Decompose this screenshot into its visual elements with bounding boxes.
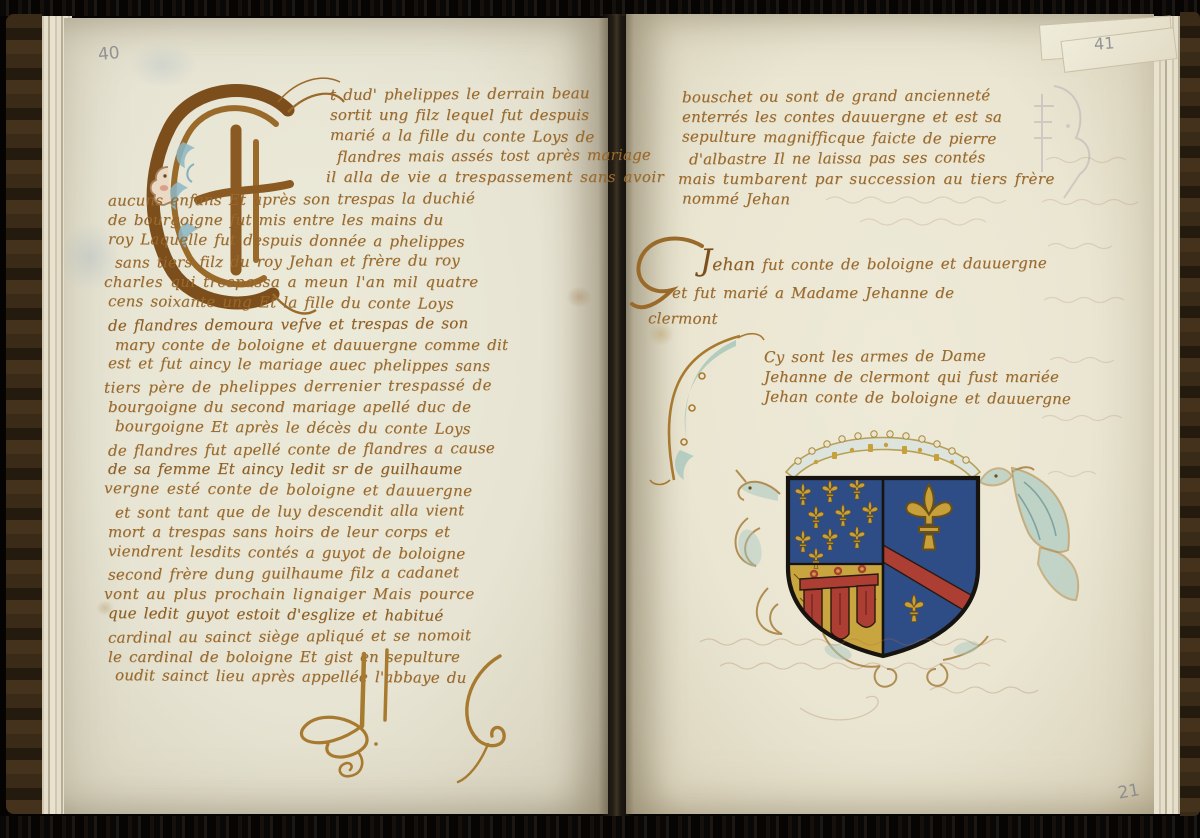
manuscript-text-line: vont au plus prochain lignaiger Mais pou…	[104, 584, 594, 605]
coronet-icon	[786, 431, 980, 478]
manuscript-text-line: flandres mais assés tost après mariage	[337, 145, 596, 168]
bleedthrough-text-icon	[690, 628, 1110, 728]
folio-number-41: 41	[1093, 33, 1115, 53]
manuscript-text-line: et fut marié a Madame Jehanne de	[672, 283, 1080, 304]
ink-offset-face-icon	[1024, 76, 1104, 216]
manuscript-text-line: mais tumbarent par succession au tiers f…	[678, 169, 1074, 190]
manuscript-photo: 40 41 21 t dud' phelippes le derrain bea…	[0, 0, 1200, 838]
folio-number-21: 21	[1116, 780, 1141, 803]
manuscript-text-line: cardinal au sainct siège apliqué et se n…	[108, 624, 594, 648]
manuscript-text-line: bouschet ou sont de grand ancienneté	[682, 85, 1074, 109]
manuscript-text-line: sans tiers filz du roy Jehan et frère du…	[115, 250, 594, 274]
manuscript-text-line: mary conte de boloigne et dauuergne comm…	[115, 335, 594, 356]
manuscript-text-line: il alla de vie a trespassement sans avoi…	[326, 167, 596, 188]
photo-bottom-edge	[0, 816, 1200, 838]
manuscript-text-line: mort a trespas sans hoirs de leur corps …	[108, 522, 594, 543]
jehan-paragraph: Jehanfut conte de boloigne et dauuergne …	[700, 242, 1080, 331]
manuscript-text-line: aucuns enfans Et après son trespas la du…	[108, 187, 594, 211]
manuscript-text-line: de flandres demoura vefve et trespas de …	[108, 312, 594, 336]
manuscript-text-line: tiers père de phelippes derrenier trespa…	[104, 374, 594, 398]
manuscript-text-line: de flandres fut apellé conte de flandres…	[108, 437, 594, 461]
manuscript-text-line: enterrés les contes dauuergne et est sa	[682, 107, 1074, 128]
manuscript-text-line: d'albastre Il ne laissa pas ses contés	[689, 147, 1074, 170]
manuscript-text-line: second frère dung guilhaume filz a cadan…	[108, 562, 594, 586]
manuscript-text-line: t dud' phelippes le derrain beau	[330, 83, 596, 106]
left-page-opening-text: t dud' phelippes le derrain beausortit u…	[330, 84, 596, 188]
manuscript-text-line: clermont	[648, 308, 1080, 332]
manuscript-text-line: bourgoigne du second mariage apellé duc …	[108, 397, 594, 418]
paraph-flourish-icon	[292, 648, 572, 798]
right-binding-leather	[1180, 12, 1200, 816]
gutter-shadow	[598, 14, 634, 816]
left-binding-leather	[6, 14, 42, 814]
manuscript-text-line: charles qui trespassa a meun l'an mil qu…	[104, 272, 594, 293]
manuscript-text-line: marié a la fille du conte Loys de	[330, 125, 596, 148]
manuscript-text-line: de bourgoigne fut mis entre les mains du	[108, 210, 594, 231]
jehan-initial-word: Jehan	[700, 243, 755, 278]
manuscript-text-line: de sa femme Et aincy ledit sr de guilhau…	[108, 459, 594, 480]
manuscript-text-line: et sont tant que de luy descendit alla v…	[115, 499, 594, 523]
left-page-body-text: aucuns enfans Et après son trespas la du…	[108, 189, 594, 688]
manuscript-text-line: Jehanfut conte de boloigne et dauuergne	[700, 241, 1080, 279]
folio-number-40: 40	[97, 43, 121, 65]
manuscript-text-line: sortit ung filz lequel fut despuis	[330, 105, 596, 126]
manuscript-text-line: bourgoigne Et après le décès du conte Lo…	[115, 416, 594, 441]
